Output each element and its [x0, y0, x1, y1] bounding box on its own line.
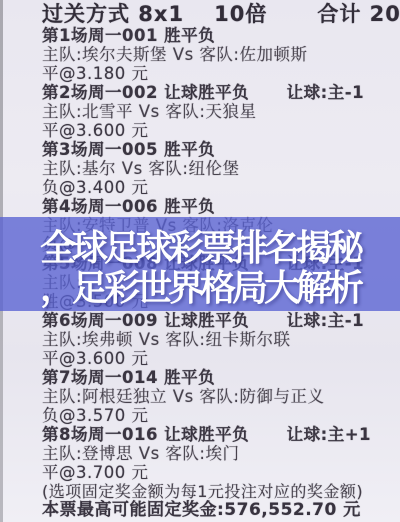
total-amount-label: 合计 20元 [317, 2, 400, 26]
match-header: 第4场周一006 胜平负 [42, 197, 388, 216]
match-teams: 主队:埃弗顿 Vs 客队:纽卡斯尔联 [42, 330, 388, 349]
match-teams: 主队:登博思 Vs 客队:埃门 [42, 444, 388, 463]
footer-prize: 本票最高可能固定奖金:576,552.70 元 [42, 501, 388, 520]
lottery-ticket-photo: 过关方式 8x1 10倍 合计 20元 第1场周一001 胜平负主队:埃尔夫斯堡… [0, 0, 400, 522]
match-odds: 负@3.400 元 [42, 178, 388, 197]
match-header: 第1场周一001 胜平负 [42, 26, 388, 45]
match-teams: 主队:北雪平 Vs 客队:天狼星 [42, 102, 388, 121]
match-odds: 平@3.700 元 [42, 463, 388, 482]
match-odds: 负@3.570 元 [42, 406, 388, 425]
ticket-header-row: 过关方式 8x1 10倍 合计 20元 [42, 2, 388, 26]
footer-note: (选项固定奖金额为每1元投注对应的奖金额) [42, 482, 388, 501]
match-odds: 平@3.600 元 [42, 121, 388, 140]
headline-line2: ，足彩世界格局大解析 [40, 269, 360, 309]
pass-mode-label: 过关方式 8x1 [42, 2, 184, 26]
match-header: 第8场周一016 让球胜平负 让球:主+1 [42, 425, 388, 444]
match-teams: 主队:阿根廷独立 Vs 客队:防御与正义 [42, 387, 388, 406]
headline-overlay: 全球足球彩票排名揭秘 ，足彩世界格局大解析 [0, 217, 400, 311]
headline-line1: 全球足球彩票排名揭秘 [40, 229, 360, 269]
match-header: 第7场周一014 胜平负 [42, 368, 388, 387]
match-teams: 主队:埃尔夫斯堡 Vs 客队:佐加顿斯 [42, 45, 388, 64]
match-odds: 平@3.180 元 [42, 64, 388, 83]
multiplier-label: 10倍 [214, 2, 267, 26]
match-header: 第6场周一009 让球胜平负 让球:主-1 [42, 311, 388, 330]
match-teams: 主队:基尔 Vs 客队:纽伦堡 [42, 159, 388, 178]
match-odds: 平@3.600 元 [42, 349, 388, 368]
match-header: 第2场周一002 让球胜平负 让球:主-1 [42, 83, 388, 102]
match-header: 第3场周一005 胜平负 [42, 140, 388, 159]
